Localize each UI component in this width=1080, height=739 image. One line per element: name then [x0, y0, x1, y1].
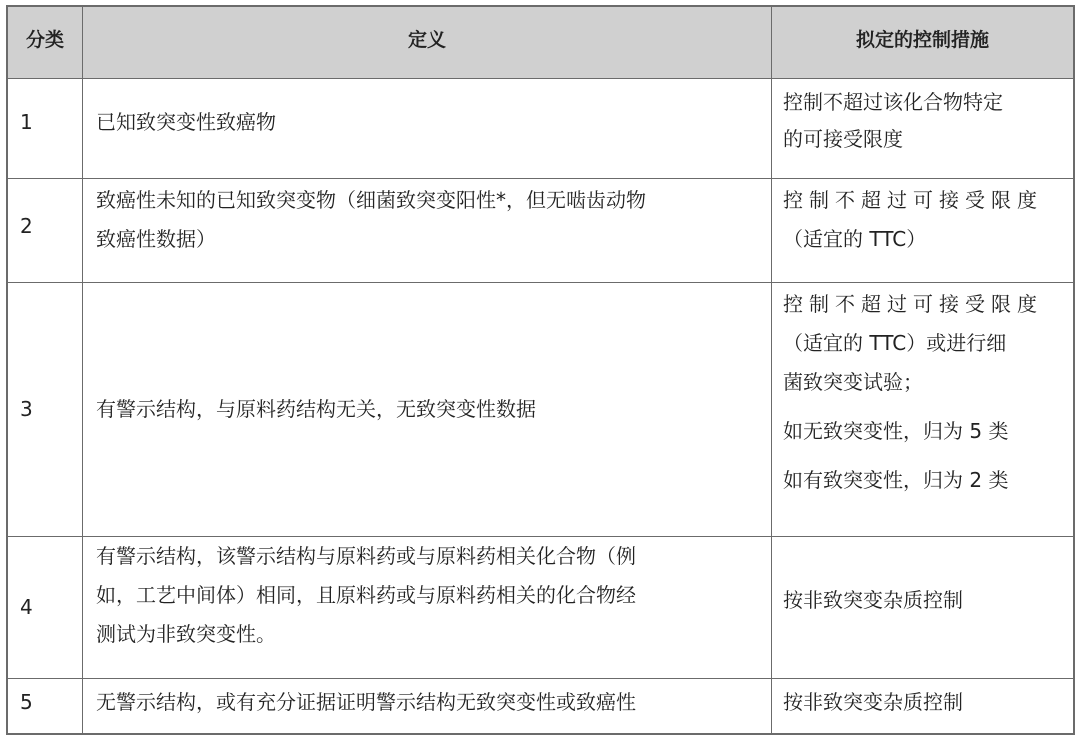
- control-line: 按非致突变杂质控制: [783, 583, 963, 618]
- definition-cell: 致癌性未知的已知致突变物（细菌致突变阳性*，但无啮齿动物 致癌性数据）: [83, 179, 772, 282]
- header-control-label: 拟定的控制措施: [856, 25, 989, 52]
- header-control: 拟定的控制措施: [772, 7, 1073, 78]
- control-cell: 按非致突变杂质控制: [772, 679, 1073, 733]
- table-row: 5 无警示结构，或有充分证据证明警示结构无致突变性或致癌性 按非致突变杂质控制: [8, 679, 1073, 733]
- category-cell: 3: [8, 283, 83, 536]
- category-cell: 2: [8, 179, 83, 282]
- definition-line: 已知致突变性致癌物: [96, 105, 276, 140]
- control-line: 控制不超过可接受限度: [783, 287, 1043, 322]
- definition-line: 无警示结构，或有充分证据证明警示结构无致突变性或致癌性: [96, 685, 636, 720]
- control-line: 菌致突变试验；: [783, 365, 1043, 400]
- category-cell: 4: [8, 537, 83, 678]
- category-value: 5: [20, 685, 33, 720]
- control-line: 如无致突变性，归为 5 类: [783, 414, 1043, 449]
- definition-cell: 有警示结构，与原料药结构无关，无致突变性数据: [83, 283, 772, 536]
- definition-cell: 无警示结构，或有充分证据证明警示结构无致突变性或致癌性: [83, 679, 772, 733]
- definition-line: 如，工艺中间体）相同，且原料药或与原料药相关的化合物经: [96, 578, 636, 613]
- table-row: 3 有警示结构，与原料药结构无关，无致突变性数据 控制不超过可接受限度 （适宜的…: [8, 283, 1073, 537]
- category-value: 1: [20, 105, 33, 140]
- header-category: 分类: [8, 7, 83, 78]
- control-cell: 控制不超过可接受限度 （适宜的 TTC）: [772, 179, 1073, 282]
- header-definition: 定义: [83, 7, 772, 78]
- definition-line: 有警示结构，与原料药结构无关，无致突变性数据: [96, 392, 536, 427]
- control-line: 控制不超过可接受限度: [783, 183, 1043, 218]
- control-line: （适宜的 TTC）: [783, 222, 1043, 257]
- control-cell: 按非致突变杂质控制: [772, 537, 1073, 678]
- category-value: 3: [20, 392, 33, 427]
- definition-line: 测试为非致突变性。: [96, 617, 636, 652]
- mutagenic-impurity-classification-table: 分类 定义 拟定的控制措施 1 已知致突变性致癌物 控制不超过该化合物特定 的可…: [6, 5, 1075, 735]
- category-cell: 5: [8, 679, 83, 733]
- control-line: 按非致突变杂质控制: [783, 685, 963, 720]
- table-row: 2 致癌性未知的已知致突变物（细菌致突变阳性*，但无啮齿动物 致癌性数据） 控制…: [8, 179, 1073, 283]
- category-value: 2: [20, 209, 33, 244]
- control-line: （适宜的 TTC）或进行细: [783, 326, 1043, 361]
- definition-line: 有警示结构，该警示结构与原料药或与原料药相关化合物（例: [96, 539, 636, 574]
- definition-line: 致癌性数据）: [96, 222, 646, 257]
- definition-cell: 已知致突变性致癌物: [83, 79, 772, 178]
- table-row: 1 已知致突变性致癌物 控制不超过该化合物特定 的可接受限度: [8, 79, 1073, 179]
- control-line: 如有致突变性，归为 2 类: [783, 463, 1043, 498]
- category-cell: 1: [8, 79, 83, 178]
- control-cell: 控制不超过该化合物特定 的可接受限度: [772, 79, 1073, 178]
- category-value: 4: [20, 590, 33, 625]
- header-category-label: 分类: [26, 25, 64, 52]
- control-cell: 控制不超过可接受限度 （适宜的 TTC）或进行细 菌致突变试验； 如无致突变性，…: [772, 283, 1073, 536]
- definition-line: 致癌性未知的已知致突变物（细菌致突变阳性*，但无啮齿动物: [96, 183, 646, 218]
- control-line: 的可接受限度: [783, 122, 1003, 157]
- header-definition-label: 定义: [408, 25, 446, 52]
- control-line: 控制不超过该化合物特定: [783, 85, 1003, 120]
- definition-cell: 有警示结构，该警示结构与原料药或与原料药相关化合物（例 如，工艺中间体）相同，且…: [83, 537, 772, 678]
- table-row: 4 有警示结构，该警示结构与原料药或与原料药相关化合物（例 如，工艺中间体）相同…: [8, 537, 1073, 679]
- table-header-row: 分类 定义 拟定的控制措施: [8, 7, 1073, 79]
